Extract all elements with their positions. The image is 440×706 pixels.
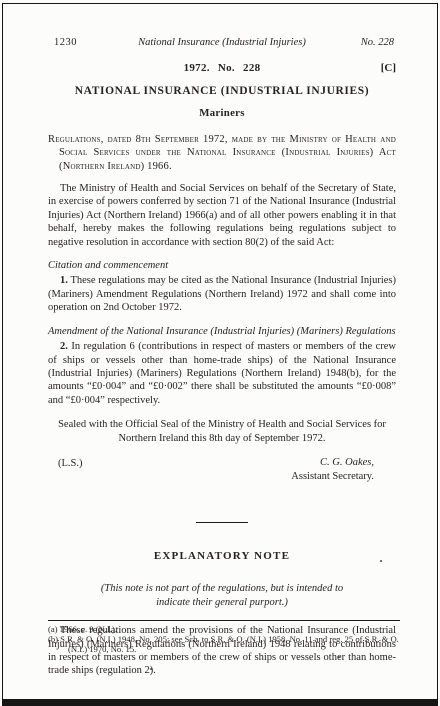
section-heading-amendment: Amendment of the National Insurance (Ind… [48, 325, 396, 338]
section-heading-citation: Citation and commencement [48, 259, 396, 272]
signature-block: C. G. Oakes, Assistant Secretary. [291, 456, 374, 484]
footnote-a: (a) 1966, c. 9 (N.I.). [48, 624, 400, 634]
sealing-clause: Sealed with the Official Seal of the Min… [48, 418, 396, 445]
regulation-1-text: These regulations may be cited as the Na… [48, 275, 396, 313]
explanatory-note-heading: EXPLANATORY NOTE [48, 550, 396, 563]
regulation-2-number: 2. [60, 341, 68, 352]
seal-mark: (L.S.) [58, 457, 83, 470]
regulation-1: 1. These regulations may be cited as the… [48, 274, 396, 314]
document-page: 1230 National Insurance (Industrial Inju… [0, 0, 440, 706]
preamble-smallcaps: Regulations, dated 8th September 1972, m… [48, 133, 396, 173]
footnotes: (a) 1966, c. 9 (N.I.). (b) S.R. & O. (N.… [48, 620, 400, 655]
document-number-row: 1972. No. 228 [C] [48, 62, 396, 77]
signature-row: (L.S.) C. G. Oakes, Assistant Secretary. [48, 456, 396, 486]
signatory-title: Assistant Secretary. [291, 470, 374, 483]
classification-mark: [C] [381, 62, 396, 75]
footnote-b: (b) S.R. & O. (N.I.) 1948, No. 205; see … [48, 634, 400, 654]
running-head-title: National Insurance (Industrial Injuries) [48, 36, 396, 49]
running-head: 1230 National Insurance (Industrial Inju… [48, 36, 396, 50]
enacting-paragraph: The Ministry of Health and Social Servic… [48, 182, 396, 249]
explanatory-note-caveat: (This note is not part of the regulation… [96, 582, 348, 609]
regulation-1-number: 1. [60, 275, 68, 286]
section-divider-rule [196, 522, 248, 523]
document-number: 1972. No. 228 [48, 62, 396, 75]
signatory-name: C. G. Oakes, [291, 456, 374, 469]
document-subtitle: Mariners [48, 107, 396, 120]
document-title: NATIONAL INSURANCE (INDUSTRIAL INJURIES) [48, 85, 396, 98]
running-head-number: No. 228 [361, 36, 394, 49]
document-content: 1230 National Insurance (Industrial Inju… [48, 36, 396, 678]
regulation-2-text: In regulation 6 (contributions in respec… [48, 341, 396, 406]
regulation-2: 2. In regulation 6 (contributions in res… [48, 340, 396, 407]
